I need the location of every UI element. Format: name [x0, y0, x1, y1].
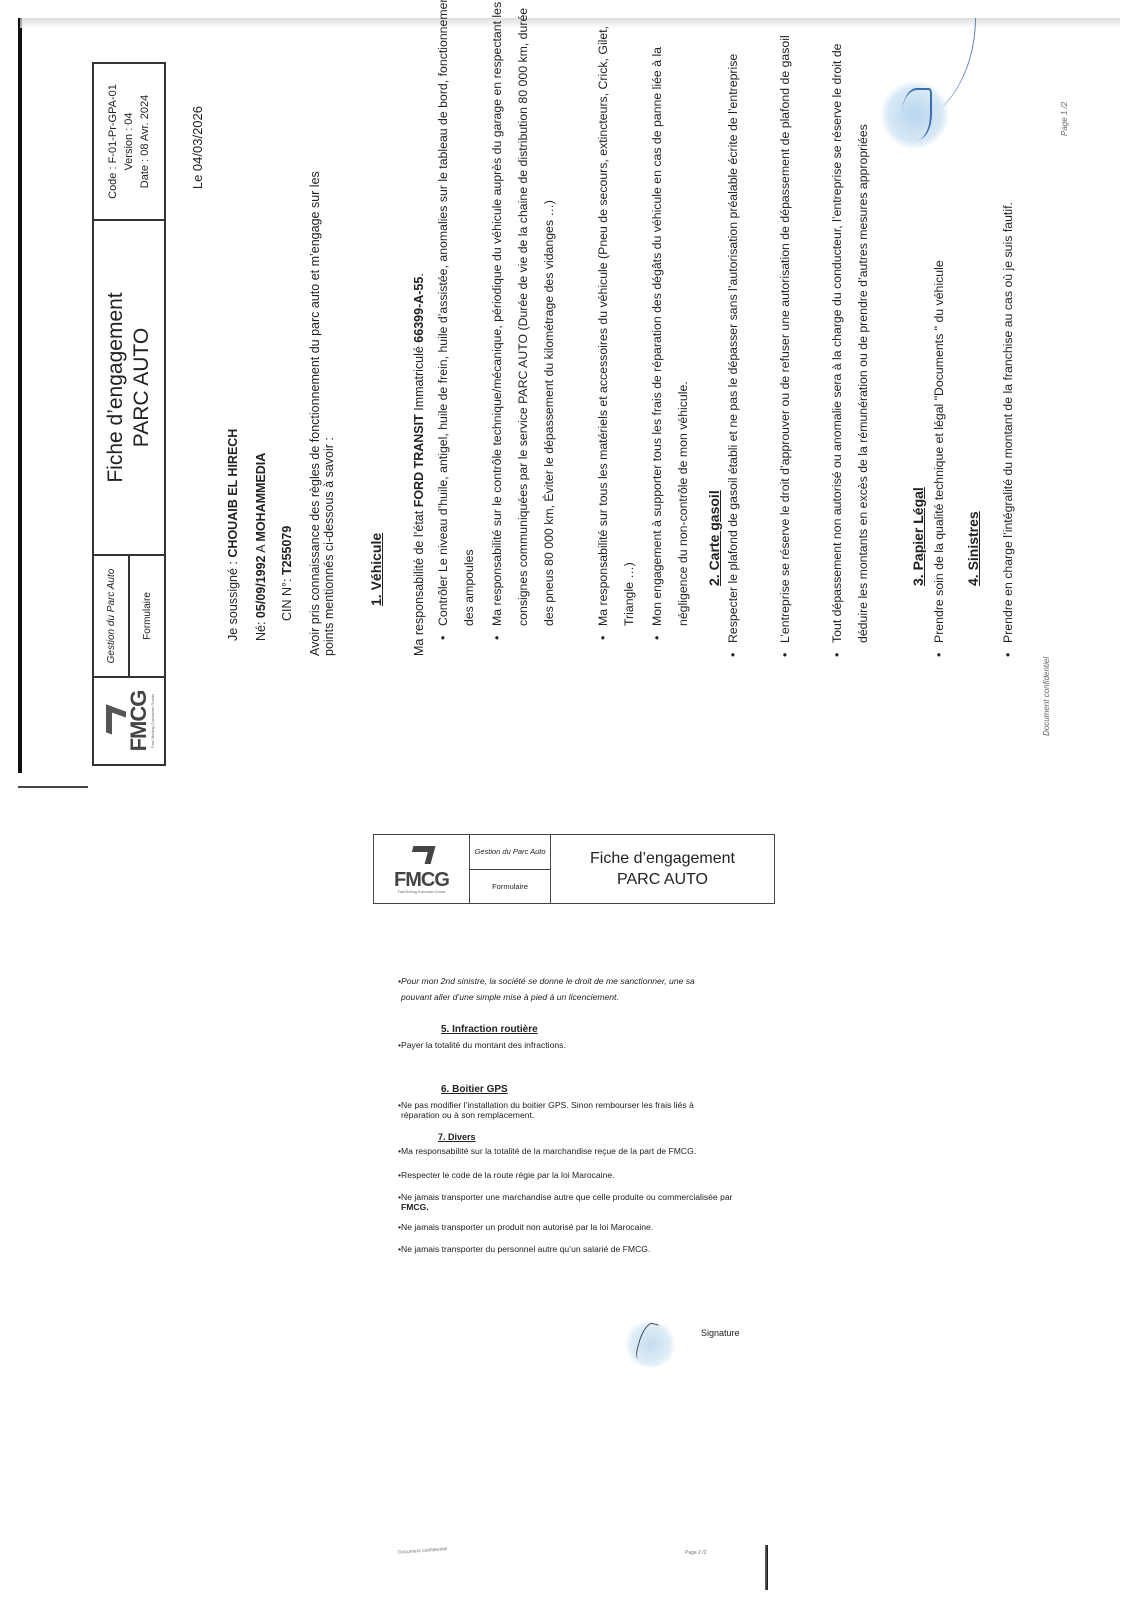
- doc-date: Date : 08 Avr. 2024: [137, 95, 153, 188]
- section-title: 4. Sinistres: [965, 511, 981, 586]
- scan-edge: [18, 18, 22, 773]
- list-item: Ma responsabilité sur le contrôle techni…: [484, 0, 562, 626]
- list-item: Ma responsabilité sur tous les matériels…: [590, 0, 642, 626]
- list-item: Prendre soin de la qualité technique et …: [926, 3, 952, 643]
- logo-arrow-icon: [104, 704, 128, 738]
- page-number: Page 2 /2: [685, 1550, 706, 1556]
- document-header: FMCG Fast Moving Consumer Goods Gestion …: [373, 834, 775, 904]
- section-title: 3. Papier Légal: [910, 487, 926, 586]
- vehicle-line: Ma responsabilité de l’état FORD TRANSIT…: [412, 273, 426, 656]
- signature-stamp: [623, 1322, 678, 1367]
- company-logo: FMCG Fast Moving Consumer Goods: [374, 835, 470, 903]
- intro-text: Avoir pris connaissance des règles de fo…: [308, 171, 322, 656]
- list-item: Contrôler Le niveau d’huile, antigel, hu…: [430, 0, 482, 626]
- department: Gestion du Parc Auto: [94, 556, 130, 676]
- list-item: Prendre en charge l’intégralité du monta…: [995, 3, 1021, 643]
- date-line: Le 04/03/2026: [190, 106, 205, 189]
- list-item: •Payer la totalité du montant des infrac…: [398, 1040, 566, 1050]
- cin-line: CIN N°: T255079: [280, 526, 294, 621]
- doc-version: Version : 04: [121, 112, 137, 170]
- list-item: L’entreprise se réserve le droit d’appro…: [772, 3, 798, 643]
- department: Gestion du Parc Auto: [470, 835, 550, 870]
- list-item: •Ne jamais transporter du personnel autr…: [398, 1244, 650, 1254]
- intro-text: points mentionnés ci-dessous à savoir :: [322, 437, 336, 656]
- company-logo: FMCG Fast Moving Consumer Goods: [94, 676, 164, 764]
- page-2: FMCG Fast Moving Consumer Goods Gestion …: [343, 792, 765, 1592]
- list-item: •Respecter le code de la route régie par…: [398, 1170, 615, 1180]
- page-number: Page 1 /2: [1060, 102, 1069, 136]
- doc-type: Formulaire: [470, 870, 550, 904]
- document-title: Fiche d’engagement PARC AUTO: [551, 835, 774, 903]
- section-title: 7. Divers: [438, 1132, 476, 1142]
- list-item: Tout dépassement non autorisé ou anomali…: [824, 3, 876, 643]
- list-item: pouvant aller d’une simple mise à pied à…: [401, 992, 619, 1002]
- section-title: 5. Infraction routière: [441, 1024, 538, 1035]
- document-header: FMCG Fast Moving Consumer Goods Gestion …: [92, 62, 166, 766]
- vehicle-plate: 66399-A-55: [412, 277, 426, 343]
- list-item: •Ne pas modifier l’installation du boiti…: [398, 1100, 694, 1110]
- cin-number: T255079: [280, 526, 294, 575]
- list-item: •Pour mon 2nd sinistre, la société se do…: [398, 976, 695, 986]
- page-1: FMCG Fast Moving Consumer Goods Gestion …: [30, 16, 1090, 776]
- list-item: réparation ou à son remplacement.: [401, 1110, 534, 1120]
- list-item: •Ma responsabilité sur la totalité de la…: [398, 1146, 696, 1156]
- vehicle-model: FORD TRANSIT: [412, 414, 426, 507]
- employee-name: CHOUAIB EL HIRECH: [226, 429, 240, 558]
- list-item: Mon engagement à supporter tous les frai…: [644, 0, 696, 626]
- list-item: FMCG.: [401, 1202, 429, 1212]
- document-title: Fiche d’engagement PARC AUTO: [94, 219, 164, 554]
- list-item: •Ne jamais transporter une marchandise a…: [398, 1192, 733, 1202]
- birth-line: Né: 05/09/1992 A MOHAMMEDIA: [254, 453, 268, 641]
- doc-type: Formulaire: [130, 556, 164, 676]
- section-title: 6. Boitier GPS: [441, 1084, 508, 1095]
- document-meta: Code : F-01-Pr-GPA-01 Version : 04 Date …: [94, 64, 164, 219]
- section-title: 1. Véhicule: [368, 533, 384, 606]
- logo-arrow-icon: [407, 844, 437, 870]
- doc-code: Code : F-01-Pr-GPA-01: [105, 84, 121, 199]
- footer-confidential: Document confidentiel: [1042, 657, 1051, 736]
- scan-edge: [18, 786, 88, 788]
- list-item: •Ne jamais transporter un produit non au…: [398, 1222, 653, 1232]
- footer-confidential: Document confidentiel: [398, 1546, 448, 1555]
- list-item: Respecter le plafond de gasoil établi et…: [720, 3, 746, 643]
- signature-label: Signature: [701, 1328, 740, 1338]
- soussigne-line: Je soussigné : CHOUAIB EL HIRECH: [226, 429, 240, 641]
